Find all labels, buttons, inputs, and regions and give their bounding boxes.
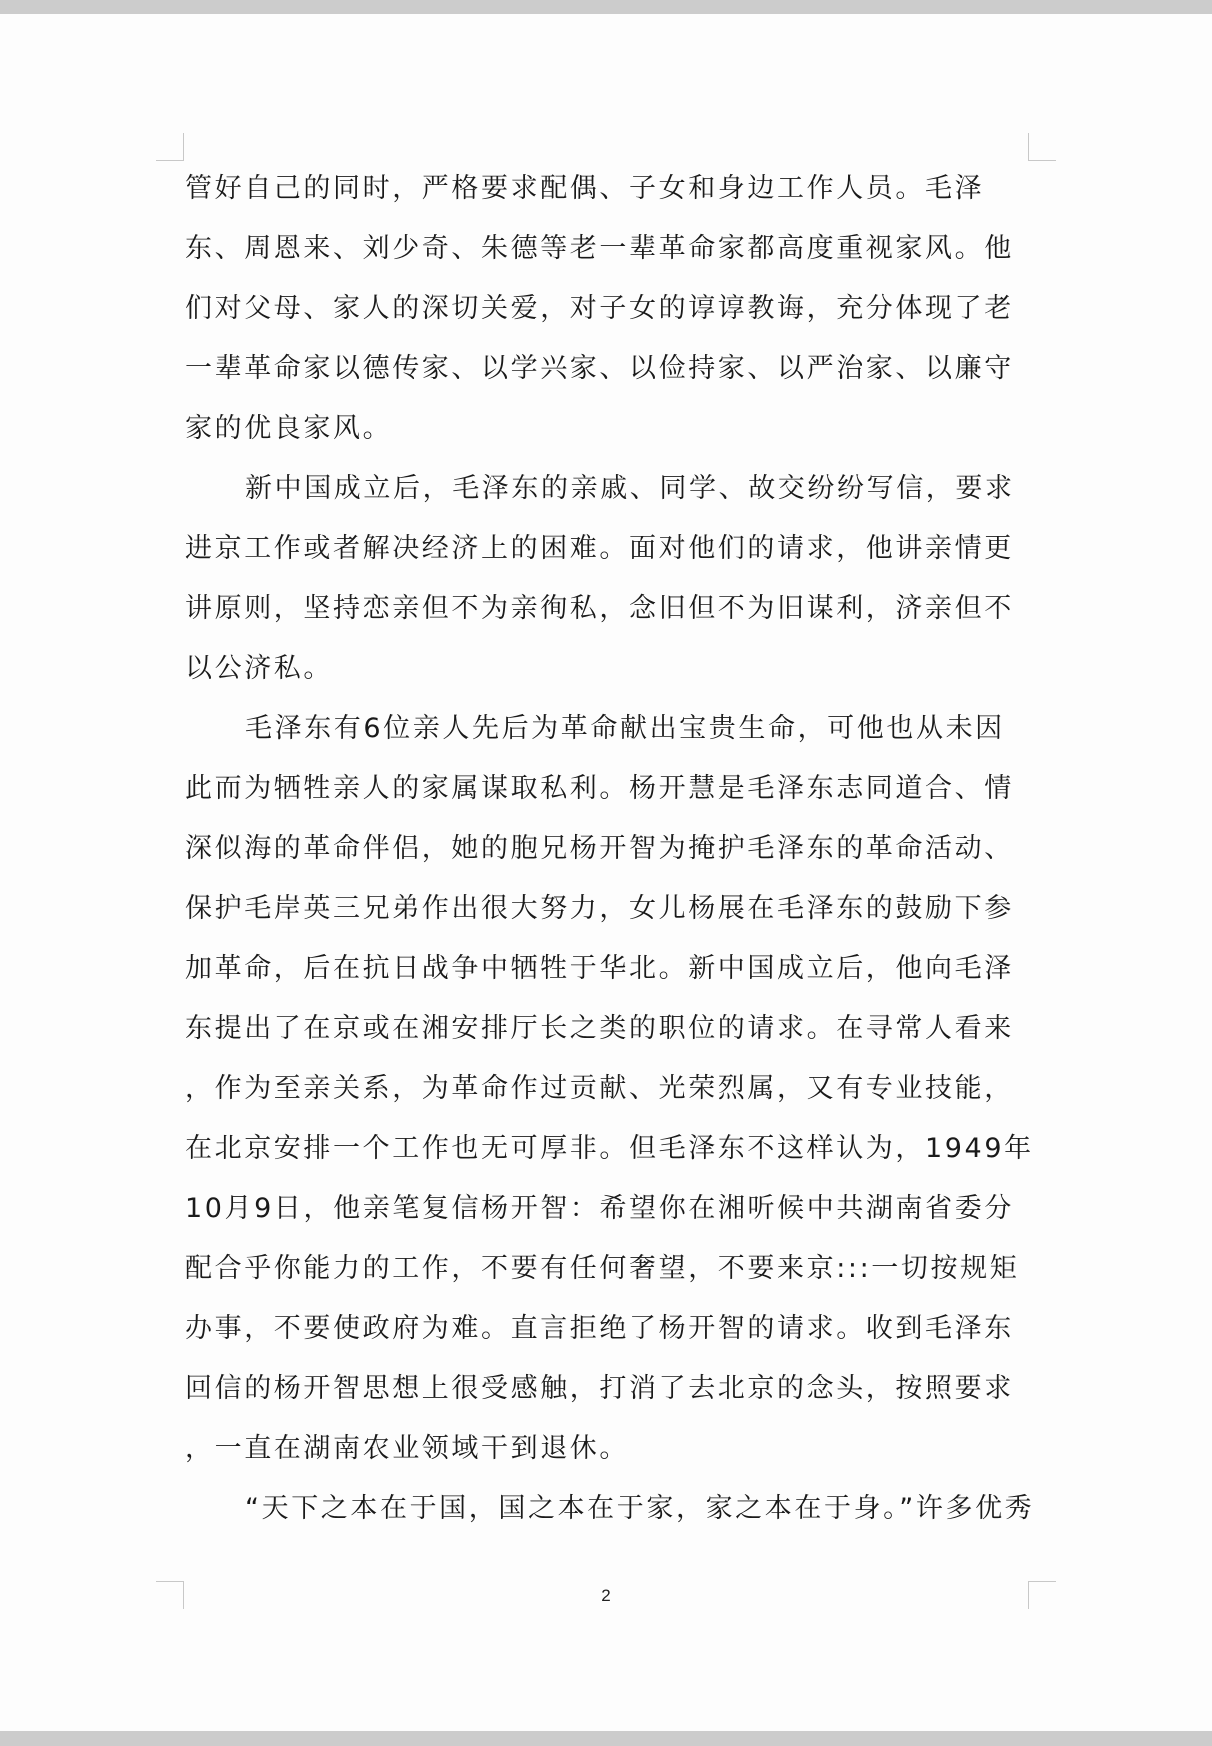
text-line: 东提出了在京或在湘安排厅长之类的职位的请求。在寻常人看来 — [185, 999, 1030, 1059]
text-line: 在北京安排一个工作也无可厚非。但毛泽东不这样认为，1949年 — [185, 1119, 1030, 1179]
margin-corner-mark-top-right — [1028, 133, 1056, 161]
text-line: 讲原则，坚持恋亲但不为亲徇私，念旧但不为旧谋利，济亲但不 — [185, 579, 1030, 639]
text-line: 10月9日，他亲笔复信杨开智：希望你在湘听候中共湖南省委分 — [185, 1179, 1030, 1239]
text-line: 以公济私。 — [185, 639, 1030, 699]
text-line: 加革命，后在抗日战争中牺牲于华北。新中国成立后，他向毛泽 — [185, 939, 1030, 999]
text-line: 保护毛岸英三兄弟作出很大努力，女儿杨展在毛泽东的鼓励下参 — [185, 879, 1030, 939]
viewer-bottom-band — [0, 1731, 1212, 1746]
margin-corner-mark-top-left — [156, 133, 184, 161]
text-line: ，一直在湖南农业领域干到退休。 — [185, 1419, 1030, 1479]
paragraph-start-line: “天下之本在于国，国之本在于家，家之本在于身。”许多优秀 — [185, 1479, 1030, 1539]
viewer-top-band — [0, 0, 1212, 14]
page-number: 2 — [0, 1586, 1212, 1606]
paragraph-start-line: 新中国成立后，毛泽东的亲戚、同学、故交纷纷写信，要求 — [185, 459, 1030, 519]
text-line: 此而为牺牲亲人的家属谋取私利。杨开慧是毛泽东志同道合、情 — [185, 759, 1030, 819]
text-line: 配合乎你能力的工作，不要有任何奢望，不要来京:::一切按规矩 — [185, 1239, 1030, 1299]
text-line: 回信的杨开智思想上很受感触，打消了去北京的念头，按照要求 — [185, 1359, 1030, 1419]
text-line: 进京工作或者解决经济上的困难。面对他们的请求，他讲亲情更 — [185, 519, 1030, 579]
paragraph-start-line: 毛泽东有6位亲人先后为革命献出宝贵生命，可他也从未因 — [185, 699, 1030, 759]
text-line: 深似海的革命伴侣，她的胞兄杨开智为掩护毛泽东的革命活动、 — [185, 819, 1030, 879]
text-line: 一辈革命家以德传家、以学兴家、以俭持家、以严治家、以廉守 — [185, 339, 1030, 399]
text-line: 办事，不要使政府为难。直言拒绝了杨开智的请求。收到毛泽东 — [185, 1299, 1030, 1359]
document-body: 管好自己的同时，严格要求配偶、子女和身边工作人员。毛泽 东、周恩来、刘少奇、朱德… — [185, 159, 1030, 1539]
text-line: 家的优良家风。 — [185, 399, 1030, 459]
text-line: 管好自己的同时，严格要求配偶、子女和身边工作人员。毛泽 — [185, 159, 1030, 219]
text-line: 东、周恩来、刘少奇、朱德等老一辈革命家都高度重视家风。他 — [185, 219, 1030, 279]
text-line: ，作为至亲关系，为革命作过贡献、光荣烈属，又有专业技能， — [185, 1059, 1030, 1119]
text-line: 们对父母、家人的深切关爱，对子女的谆谆教诲，充分体现了老 — [185, 279, 1030, 339]
